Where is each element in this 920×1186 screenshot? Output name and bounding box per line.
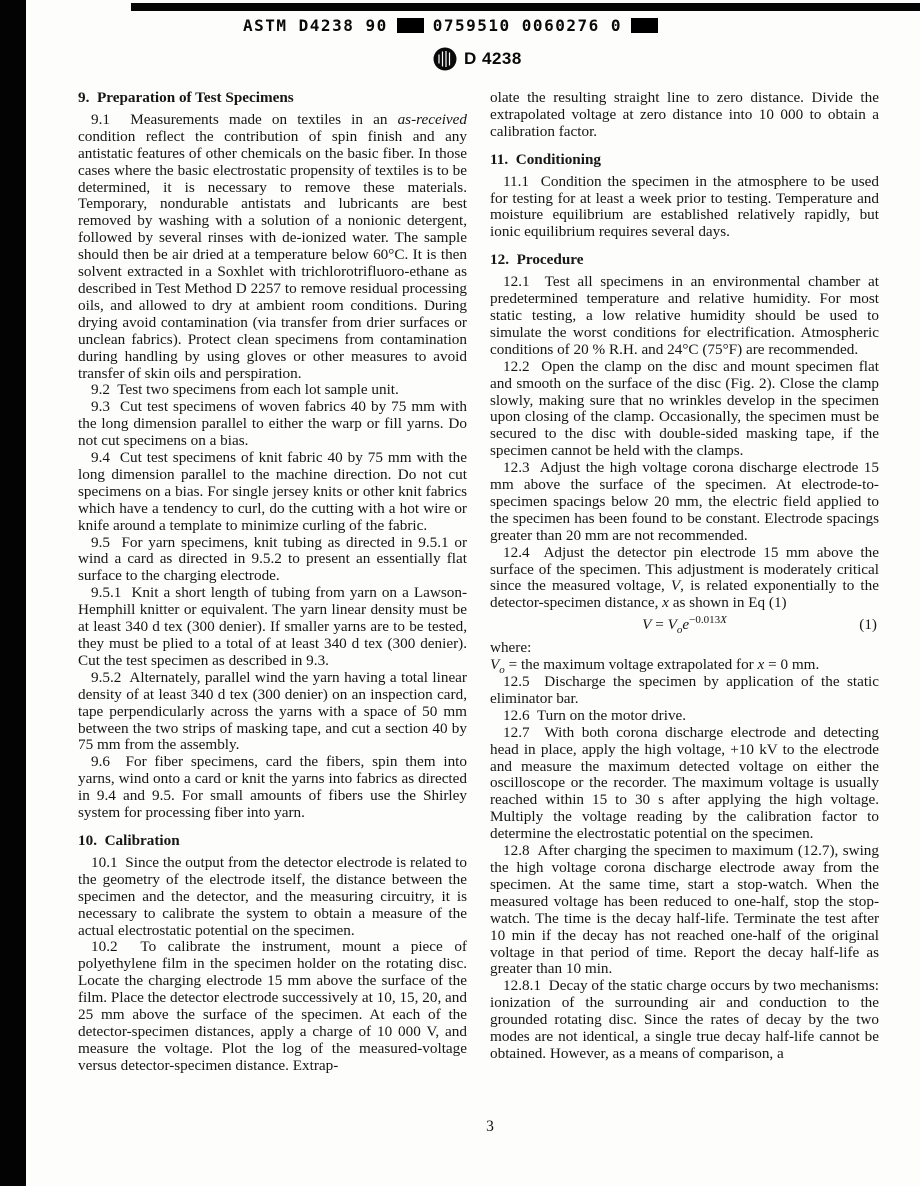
paragraph: where: <box>490 640 879 657</box>
paragraph: 11.1 Condition the specimen in the atmos… <box>490 174 879 242</box>
section-heading: 10. Calibration <box>78 833 467 850</box>
paragraph: 9.1 Measurements made on textiles in an … <box>78 112 467 383</box>
section-heading: 11. Conditioning <box>490 152 879 169</box>
scan-header-text-left: ASTM D4238 90 <box>243 16 388 35</box>
paragraph: 9.4 Cut test specimens of knit fabric 40… <box>78 450 467 535</box>
doc-code: D 4238 <box>464 49 522 69</box>
page-body: 9. Preparation of Test Specimens9.1 Meas… <box>78 90 879 1075</box>
paragraph: 12.8.1 Decay of the static charge occurs… <box>490 978 879 1063</box>
paragraph: 9.3 Cut test specimens of woven fabrics … <box>78 399 467 450</box>
paragraph: 9.5.1 Knit a short length of tubing from… <box>78 585 467 670</box>
scan-header-text-right: 0759510 0060276 0 <box>433 16 622 35</box>
paragraph: 12.3 Adjust the high voltage corona disc… <box>490 460 879 545</box>
paragraph: olate the resulting straight line to zer… <box>490 90 879 141</box>
paragraph: 12.1 Test all specimens in an environmen… <box>490 274 879 359</box>
paragraph: 12.6 Turn on the motor drive. <box>490 708 879 725</box>
paragraph: 9.6 For fiber specimens, card the fibers… <box>78 754 467 822</box>
left-column: 9. Preparation of Test Specimens9.1 Meas… <box>78 90 467 1075</box>
scan-top-line <box>131 3 920 11</box>
equation-number: (1) <box>859 617 877 634</box>
equation-formula: V = Voe−0.013X <box>642 616 727 633</box>
section-heading: 12. Procedure <box>490 252 879 269</box>
astm-logo-icon <box>433 47 457 71</box>
paragraph: 12.7 With both corona discharge electrod… <box>490 725 879 843</box>
redaction-block-icon <box>397 18 424 33</box>
equation: V = Voe−0.013X(1) <box>490 617 879 634</box>
page-number: 3 <box>470 1118 510 1136</box>
paragraph: 9.5 For yarn specimens, knit tubing as d… <box>78 535 467 586</box>
paragraph: 12.4 Adjust the detector pin electrode 1… <box>490 545 879 613</box>
paragraph: Vo = the maximum voltage extrapolated fo… <box>490 657 879 674</box>
paragraph: 10.1 Since the output from the detector … <box>78 855 467 940</box>
paragraph: 10.2 To calibrate the instrument, mount … <box>78 939 467 1074</box>
scan-header: ASTM D4238 90 0759510 0060276 0 <box>243 16 658 35</box>
paragraph: 9.5.2 Alternately, parallel wind the yar… <box>78 670 467 755</box>
paragraph: 12.5 Discharge the specimen by applicati… <box>490 674 879 708</box>
section-heading: 9. Preparation of Test Specimens <box>78 90 467 107</box>
paragraph: 12.2 Open the clamp on the disc and moun… <box>490 359 879 460</box>
document-header: D 4238 <box>433 47 522 71</box>
scan-edge-bar <box>0 0 26 1186</box>
right-column: olate the resulting straight line to zer… <box>490 90 879 1075</box>
paragraph: 9.2 Test two specimens from each lot sam… <box>78 382 467 399</box>
redaction-block-icon <box>631 18 658 33</box>
paragraph: 12.8 After charging the specimen to maxi… <box>490 843 879 978</box>
